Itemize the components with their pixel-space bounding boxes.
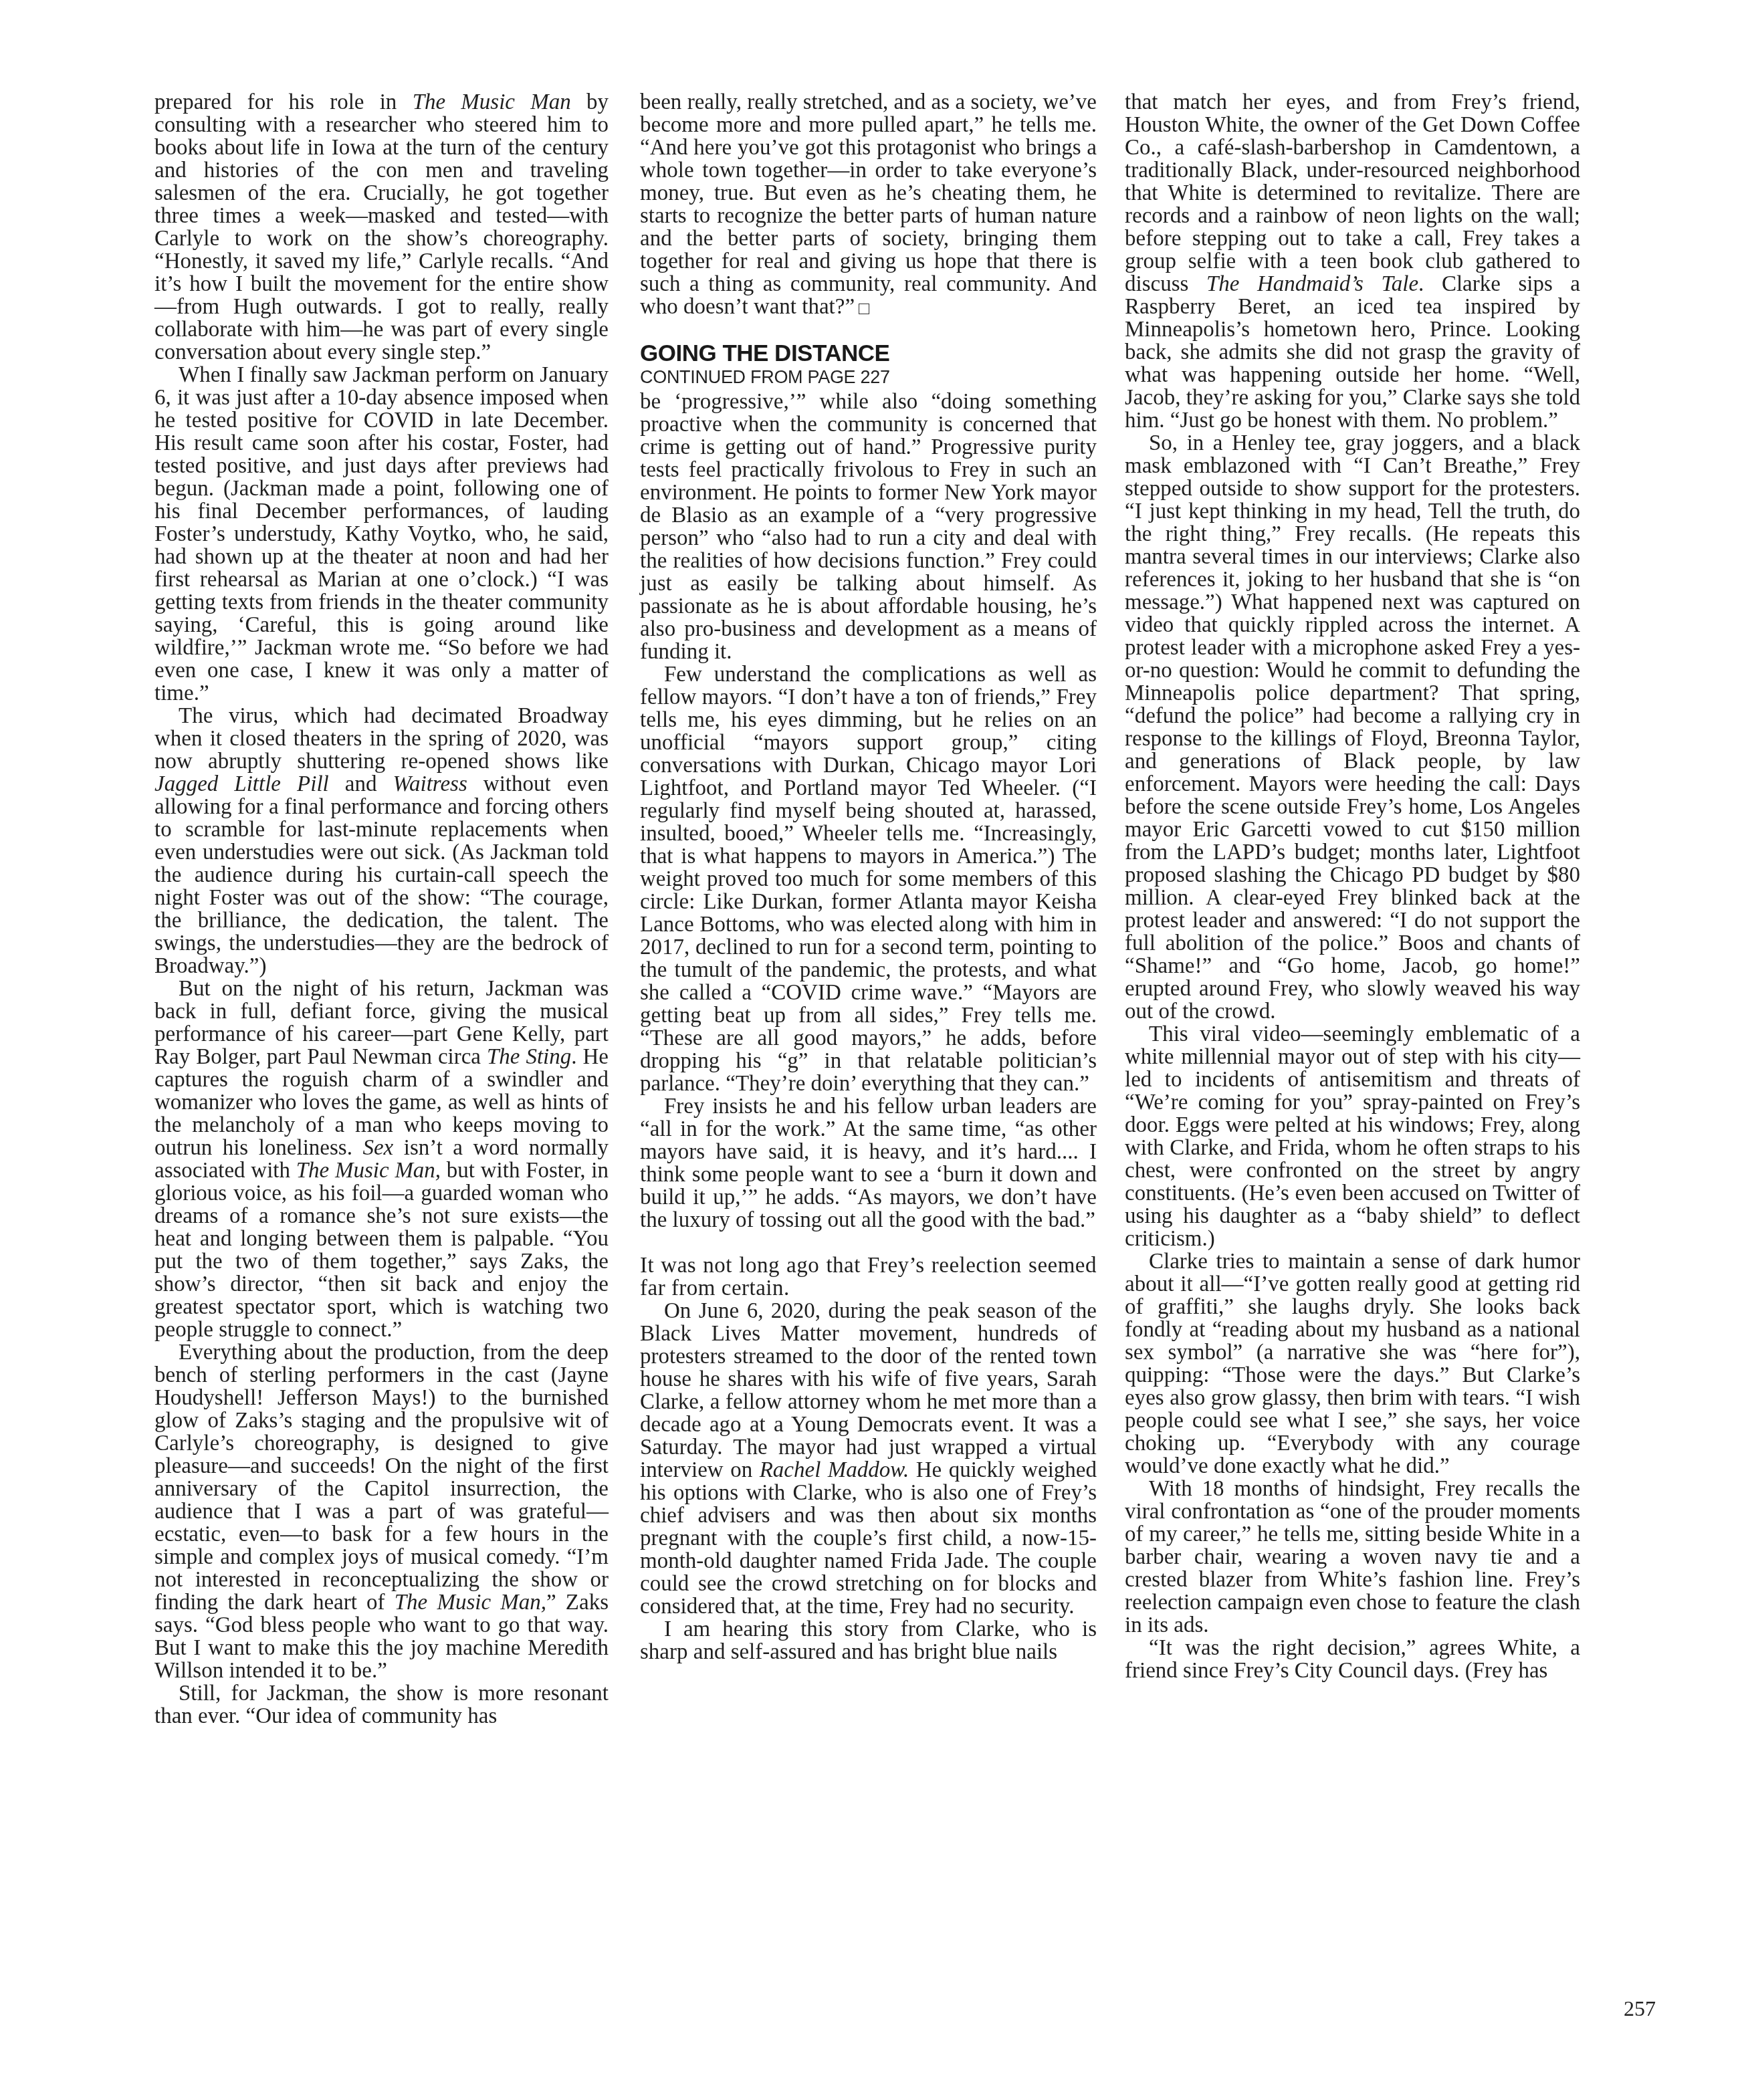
paragraph-text: that match her eyes, and from Frey’s fri… [1125, 90, 1580, 296]
body-paragraph: that match her eyes, and from Frey’s fri… [1125, 91, 1580, 432]
paragraph-text: but with Foster, in glorious voice, as h… [154, 1159, 609, 1342]
italic-title: The Music Man, [296, 1159, 441, 1183]
article-column-3: that match her eyes, and from Frey’s fri… [1125, 91, 1580, 1682]
body-paragraph: be ‘progressive,’” while also “doing som… [640, 390, 1097, 663]
italic-title: Waitress [393, 772, 467, 796]
continued-from-label: CONTINUED FROM PAGE 227 [640, 366, 1097, 388]
body-paragraph: Still, for Jackman, the show is more res… [154, 1682, 609, 1728]
italic-title: The Sting [487, 1045, 571, 1069]
body-paragraph: This viral video—seemingly emblematic of… [1125, 1023, 1580, 1250]
body-paragraph: Frey insists he and his fellow urban lea… [640, 1095, 1097, 1232]
end-of-article-icon [859, 304, 869, 314]
body-paragraph: Everything about the production, from th… [154, 1341, 609, 1682]
paragraph-text: by consulting with a researcher who stee… [154, 90, 609, 364]
paragraph-text: This viral video—seemingly emblematic of… [1125, 1022, 1580, 1251]
paragraph-text: With 18 months of hindsight, Frey recall… [1125, 1477, 1580, 1637]
paragraph-text: Still, for Jackman, the show is more res… [154, 1681, 609, 1728]
body-paragraph: It was not long ago that Frey’s reelecti… [640, 1254, 1097, 1300]
body-paragraph: The virus, which had decimated Broadway … [154, 705, 609, 977]
paragraph-text: So, in a Henley tee, gray joggers, and a… [1125, 431, 1580, 1024]
italic-title: Jagged Little Pill [154, 772, 329, 796]
italic-title: Rachel Maddow. [760, 1458, 909, 1482]
paragraph-text: Frey insists he and his fellow urban lea… [640, 1094, 1097, 1232]
page-number: 257 [1624, 1996, 1656, 2021]
italic-title: The Handmaid’s Tale [1206, 272, 1418, 296]
paragraph-text: When I finally saw Jackman perform on Ja… [154, 363, 609, 705]
article-column-1: prepared for his role in The Music Man b… [154, 91, 609, 1728]
body-paragraph: “It was the right decision,” agrees Whit… [1125, 1637, 1580, 1682]
going-the-distance-body: be ‘progressive,’” while also “doing som… [640, 390, 1097, 1663]
paragraph-text: prepared for his role in [154, 90, 413, 114]
paragraph-text: Few understand the complications as well… [640, 663, 1097, 1096]
article-headline: GOING THE DISTANCE [640, 341, 1097, 366]
paragraph-text: be ‘progressive,’” while also “doing som… [640, 390, 1097, 664]
paragraph-text: Everything about the production, from th… [154, 1340, 609, 1615]
body-paragraph: With 18 months of hindsight, Frey recall… [1125, 1478, 1580, 1637]
body-paragraph: Clarke tries to maintain a sense of dark… [1125, 1250, 1580, 1478]
body-paragraph: Few understand the complications as well… [640, 663, 1097, 1095]
paragraph-text: The virus, which had decimated Broadway … [154, 704, 609, 774]
paragraph-text: without even allowing for a final perfor… [154, 772, 609, 978]
article-column-2: been really, really stretched, and as a … [640, 91, 1097, 1663]
italic-title: The Music Man [413, 90, 571, 114]
paragraph-text: He quickly weighed his options with Clar… [640, 1458, 1097, 1619]
paragraph-text: Clarke tries to maintain a sense of dark… [1125, 1250, 1580, 1478]
body-paragraph: But on the night of his return, Jackman … [154, 977, 609, 1341]
body-paragraph: I am hearing this story from Clarke, who… [640, 1618, 1097, 1663]
body-paragraph: On June 6, 2020, during the peak season … [640, 1300, 1097, 1618]
closing-paragraph: been really, really stretched, and as a … [640, 91, 1097, 318]
paragraph-text: and [329, 772, 393, 796]
magazine-page: prepared for his role in The Music Man b… [0, 0, 1738, 2100]
closing-paragraph-text: been really, really stretched, and as a … [640, 90, 1097, 319]
paragraph-text: I am hearing this story from Clarke, who… [640, 1617, 1097, 1664]
paragraph-text: “It was the right decision,” agrees Whit… [1125, 1636, 1580, 1683]
paragraph-text: It was not long ago that Frey’s reelecti… [640, 1254, 1097, 1300]
paragraph-text: On June 6, 2020, during the peak season … [640, 1299, 1097, 1482]
body-paragraph: When I finally saw Jackman perform on Ja… [154, 364, 609, 705]
body-paragraph: So, in a Henley tee, gray joggers, and a… [1125, 432, 1580, 1023]
italic-title: Sex [362, 1136, 393, 1160]
continued-article-header: GOING THE DISTANCE CONTINUED FROM PAGE 2… [640, 341, 1097, 388]
body-paragraph: prepared for his role in The Music Man b… [154, 91, 609, 364]
italic-title: The Music Man, [395, 1591, 546, 1615]
music-man-article-ending: been really, really stretched, and as a … [640, 91, 1097, 318]
paragraph-text: . Clarke sips a Raspberry Beret, an iced… [1125, 272, 1580, 433]
